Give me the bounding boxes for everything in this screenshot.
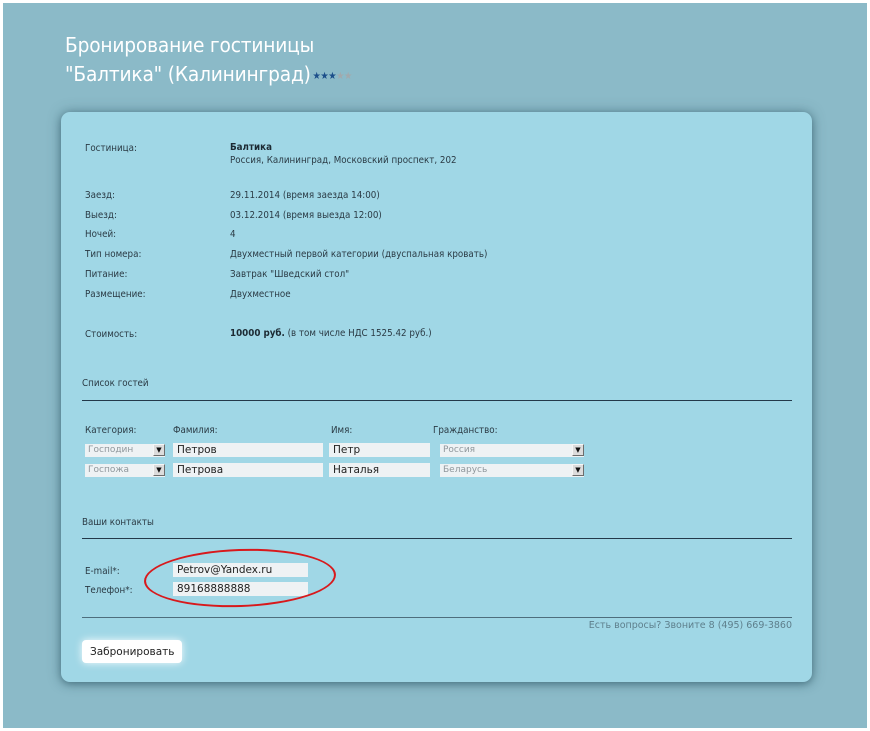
footer-divider xyxy=(82,617,792,618)
column-citizenship: Гражданство: xyxy=(433,425,498,436)
title-hotel-city: "Балтика" (Калининград) xyxy=(65,62,311,86)
email-input[interactable] xyxy=(173,563,308,577)
phone-label: Телефон*: xyxy=(85,585,133,596)
price-note: (в том числе НДС 1525.42 руб.) xyxy=(288,328,432,339)
column-category: Категория: xyxy=(85,425,136,436)
star-rating: ★★★★★ xyxy=(313,71,352,82)
guest-1-surname-input[interactable] xyxy=(173,443,323,457)
meals-label: Питание: xyxy=(85,269,127,280)
nights-value: 4 xyxy=(230,229,236,240)
meals-value: Завтрак "Шведский стол" xyxy=(230,269,349,280)
guests-divider xyxy=(82,400,792,401)
star-filled-icon: ★ xyxy=(328,71,336,82)
guest-1-name-input[interactable] xyxy=(329,443,430,457)
contact-phone-hint: Есть вопросы? Звоните 8 (495) 669-3860 xyxy=(589,620,792,631)
star-filled-icon: ★ xyxy=(320,71,328,82)
email-label: E-mail*: xyxy=(85,566,120,577)
guest-2-citizenship-value: Беларусь xyxy=(443,465,487,475)
price-label: Стоимость: xyxy=(85,329,137,340)
column-surname: Фамилия: xyxy=(173,425,218,436)
room-type-value: Двухместный первой категории (двуспальна… xyxy=(230,249,487,260)
guest-1-category-value: Господин xyxy=(88,445,133,455)
title-line-1: Бронирование гостиницы xyxy=(65,31,352,60)
chevron-down-icon[interactable]: ▼ xyxy=(153,464,165,476)
column-name: Имя: xyxy=(331,425,352,436)
contacts-divider xyxy=(82,538,792,539)
guest-2-citizenship-select[interactable]: Беларусь ▼ xyxy=(440,464,584,477)
page-title: Бронирование гостиницы "Балтика" (Калини… xyxy=(65,31,352,93)
page-background: Бронирование гостиницы "Балтика" (Калини… xyxy=(3,3,867,728)
contacts-section-title: Ваши контакты xyxy=(82,517,154,528)
checkout-label: Выезд: xyxy=(85,210,117,221)
guest-1-citizenship-value: Россия xyxy=(443,445,475,455)
star-filled-icon: ★ xyxy=(313,71,321,82)
hotel-name: Балтика xyxy=(230,142,272,153)
occupancy-label: Размещение: xyxy=(85,289,146,300)
chevron-down-icon[interactable]: ▼ xyxy=(572,444,584,456)
hotel-address: Россия, Калининград, Московский проспект… xyxy=(230,155,457,166)
room-type-label: Тип номера: xyxy=(85,249,141,260)
phone-input[interactable] xyxy=(173,582,308,596)
checkin-label: Заезд: xyxy=(85,190,115,201)
red-ellipse-annotation xyxy=(143,546,337,611)
chevron-down-icon[interactable]: ▼ xyxy=(153,444,165,456)
star-empty-icon: ★ xyxy=(344,71,352,82)
title-line-2: "Балтика" (Калининград)★★★★★ xyxy=(65,60,352,93)
guests-section-title: Список гостей xyxy=(82,378,149,389)
price-value: 10000 руб. xyxy=(230,328,285,339)
hotel-label: Гостиница: xyxy=(85,143,137,154)
guest-1-category-select[interactable]: Господин ▼ xyxy=(85,444,165,457)
book-button[interactable]: Забронировать xyxy=(82,640,182,663)
guest-2-category-select[interactable]: Госпожа ▼ xyxy=(85,464,165,477)
booking-card: Гостиница: Балтика Россия, Калининград, … xyxy=(61,112,812,682)
guest-2-category-value: Госпожа xyxy=(88,465,129,475)
occupancy-value: Двухместное xyxy=(230,289,291,300)
guest-2-surname-input[interactable] xyxy=(173,463,323,477)
checkout-value: 03.12.2014 (время выезда 12:00) xyxy=(230,210,382,221)
price: 10000 руб. (в том числе НДС 1525.42 руб.… xyxy=(230,328,432,339)
chevron-down-icon[interactable]: ▼ xyxy=(572,464,584,476)
checkin-value: 29.11.2014 (время заезда 14:00) xyxy=(230,190,380,201)
guest-2-name-input[interactable] xyxy=(329,463,430,477)
guest-1-citizenship-select[interactable]: Россия ▼ xyxy=(440,444,584,457)
nights-label: Ночей: xyxy=(85,229,116,240)
star-empty-icon: ★ xyxy=(336,71,344,82)
